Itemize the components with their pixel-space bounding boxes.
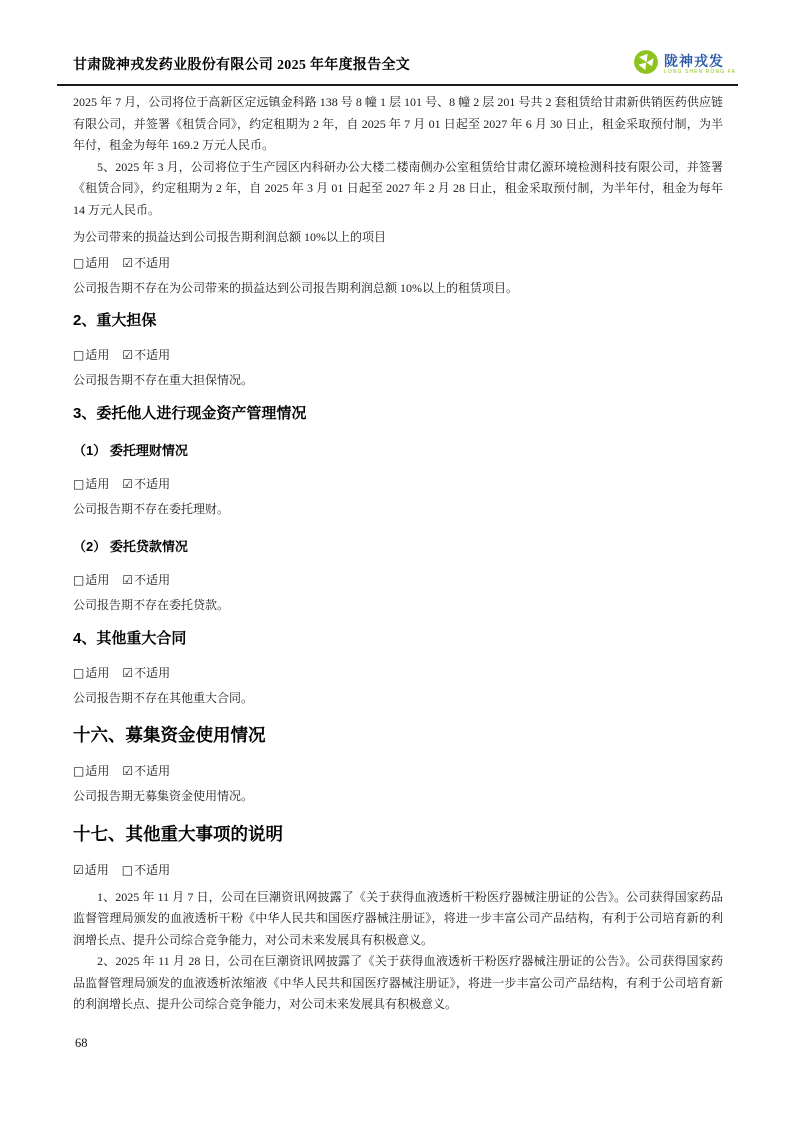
applicability-row-other-matters: ☑适用 □不适用 [73, 860, 723, 881]
applicable-label: 适用 [85, 863, 109, 877]
page-number: 68 [75, 1036, 88, 1051]
option-not-applicable: □不适用 [122, 863, 170, 877]
page-header: 甘肃陇神戎发药业股份有限公司 2025 年年度报告全文 陇神戎发 LONG SH… [57, 44, 738, 86]
option-not-applicable: ☑不适用 [122, 764, 170, 778]
checkbox-checked-icon: ☑ [122, 573, 133, 587]
checkbox-checked-icon: ☑ [122, 256, 133, 270]
applicability-row-guarantee: □适用 ☑不适用 [73, 345, 723, 366]
not-applicable-label: 不适用 [134, 256, 170, 270]
guarantee-result: 公司报告期不存在重大担保情况。 [73, 370, 723, 392]
logo-company-name: 陇神戎发 [664, 54, 736, 68]
option-not-applicable: ☑不适用 [122, 477, 170, 491]
checkbox-unchecked-icon: □ [73, 764, 84, 778]
report-page: 甘肃陇神戎发药业股份有限公司 2025 年年度报告全文 陇神戎发 LONG SH… [0, 0, 793, 1122]
logo-subtitle: LONG SHEN RONG FA [664, 70, 736, 75]
option-not-applicable: ☑不适用 [122, 573, 170, 587]
other-contracts-result: 公司报告期不存在其他重大合同。 [73, 688, 723, 710]
checkbox-unchecked-icon: □ [73, 666, 84, 680]
option-applicable: □适用 [73, 348, 109, 362]
option-not-applicable: ☑不适用 [122, 666, 170, 680]
checkbox-checked-icon: ☑ [122, 348, 133, 362]
section-heading-entrusted-cash: 3、委托他人进行现金资产管理情况 [73, 404, 723, 424]
checkbox-unchecked-icon: □ [73, 348, 84, 362]
paragraph-lease-item-4: 2025 年 7 月，公司将位于高新区定远镇金科路 138 号 8 幢 1 层 … [73, 92, 723, 157]
applicability-row-wealth: □适用 ☑不适用 [73, 474, 723, 495]
not-applicable-label: 不适用 [134, 764, 170, 778]
applicability-row-raised-funds: □适用 ☑不适用 [73, 761, 723, 782]
option-applicable: □适用 [73, 764, 109, 778]
section-heading-guarantee: 2、重大担保 [73, 311, 723, 331]
paragraph-matters-1: 1、2025 年 11 月 7 日，公司在巨潮资讯网披露了《关于获得血液透析干粉… [73, 887, 723, 952]
wealth-result: 公司报告期不存在委托理财。 [73, 499, 723, 521]
applicability-row-lease-profit: □适用 ☑不适用 [73, 253, 723, 274]
checkbox-checked-icon: ☑ [122, 477, 133, 491]
checkbox-unchecked-icon: □ [73, 573, 84, 587]
chapter-heading-raised-funds: 十六、募集资金使用情况 [73, 723, 723, 747]
checkbox-unchecked-icon: □ [122, 863, 133, 877]
not-applicable-label: 不适用 [134, 348, 170, 362]
option-not-applicable: ☑不适用 [122, 256, 170, 270]
report-header-title: 甘肃陇神戎发药业股份有限公司 2025 年年度报告全文 [57, 54, 410, 74]
logo-wordmark: 陇神戎发 LONG SHEN RONG FA [664, 54, 736, 75]
loans-result: 公司报告期不存在委托贷款。 [73, 595, 723, 617]
paragraph-lease-item-5: 5、2025 年 3 月，公司将位于生产园区内科研办公大楼二楼南侧办公室租赁给甘… [73, 157, 723, 222]
applicable-label: 适用 [85, 256, 109, 270]
applicable-label: 适用 [85, 666, 109, 680]
checkbox-checked-icon: ☑ [122, 764, 133, 778]
option-applicable: □适用 [73, 256, 109, 270]
chapter-heading-other-major-matters: 十七、其他重大事项的说明 [73, 822, 723, 846]
profit-threshold-line: 为公司带来的损益达到公司报告期利润总额 10%以上的项目 [73, 227, 723, 249]
paragraph-matters-2: 2、2025 年 11 月 28 日，公司在巨潮资讯网披露了《关于获得血液透析干… [73, 951, 723, 1016]
profit-threshold-result: 公司报告期不存在为公司带来的损益达到公司报告期利润总额 10%以上的租赁项目。 [73, 278, 723, 300]
checkbox-checked-icon: ☑ [73, 863, 84, 877]
option-not-applicable: ☑不适用 [122, 348, 170, 362]
document-body: 2025 年 7 月，公司将位于高新区定远镇金科路 138 号 8 幢 1 层 … [73, 92, 723, 1016]
logo-icon [633, 49, 659, 80]
section-heading-other-contracts: 4、其他重大合同 [73, 629, 723, 649]
applicability-row-other-contracts: □适用 ☑不适用 [73, 663, 723, 684]
subsection-heading-wealth-management: （1） 委托理财情况 [73, 442, 723, 460]
company-logo: 陇神戎发 LONG SHEN RONG FA [633, 49, 738, 80]
checkbox-unchecked-icon: □ [73, 477, 84, 491]
raised-funds-result: 公司报告期无募集资金使用情况。 [73, 786, 723, 808]
not-applicable-label: 不适用 [134, 666, 170, 680]
option-applicable: □适用 [73, 666, 109, 680]
checkbox-unchecked-icon: □ [73, 256, 84, 270]
applicable-label: 适用 [85, 573, 109, 587]
not-applicable-label: 不适用 [134, 863, 170, 877]
subsection-heading-entrusted-loans: （2） 委托贷款情况 [73, 538, 723, 556]
applicable-label: 适用 [85, 477, 109, 491]
not-applicable-label: 不适用 [134, 573, 170, 587]
applicability-row-loans: □适用 ☑不适用 [73, 570, 723, 591]
option-applicable: □适用 [73, 477, 109, 491]
option-applicable: ☑适用 [73, 863, 109, 877]
applicable-label: 适用 [85, 348, 109, 362]
checkbox-checked-icon: ☑ [122, 666, 133, 680]
applicable-label: 适用 [85, 764, 109, 778]
not-applicable-label: 不适用 [134, 477, 170, 491]
option-applicable: □适用 [73, 573, 109, 587]
